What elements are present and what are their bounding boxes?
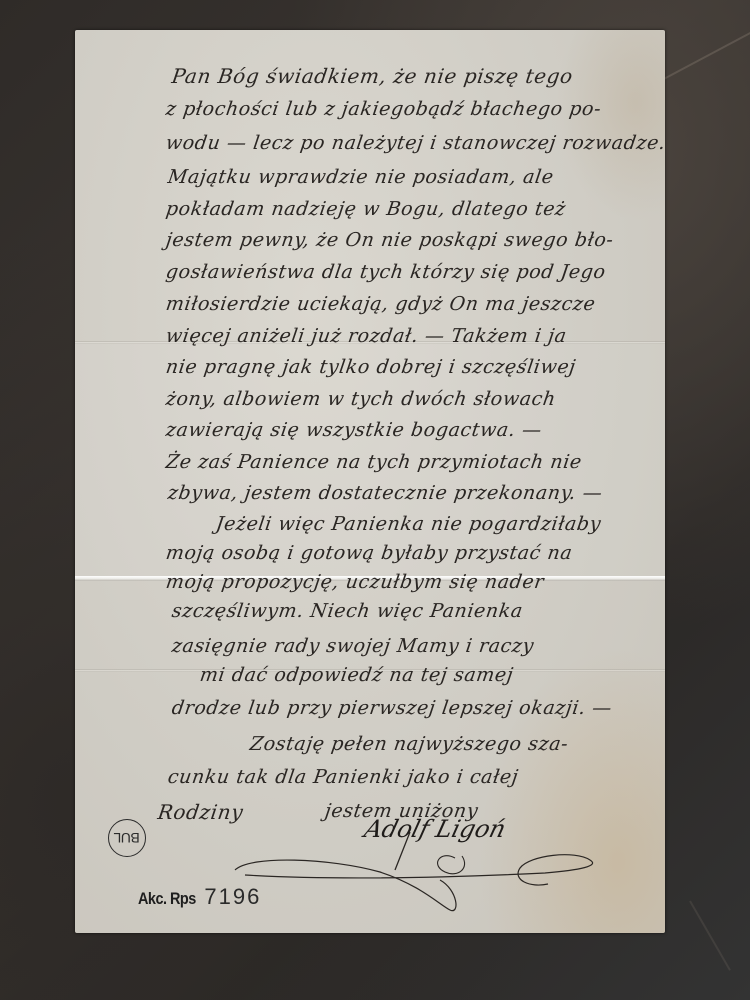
closing-line: Zostaję pełen najwyższego sza- xyxy=(248,733,569,755)
letter-line: nie pragnę jak tylko dobrej i szczęśliwe… xyxy=(164,356,577,378)
letter-line: Jeżeli więc Panienka nie pogardziłaby xyxy=(214,513,602,535)
surface-scratch xyxy=(660,28,750,81)
letter-line: moją propozycję, uczułbym się nader xyxy=(164,571,545,593)
letter-line: gosławieństwa dla tych którzy się pod Je… xyxy=(164,261,607,283)
accession-stamp: Akc. Rps 7196 xyxy=(138,884,261,910)
surface-scratch xyxy=(689,901,731,971)
closing-line: Rodziny xyxy=(156,800,245,824)
letter-line: drodze lub przy pierwszej lepszej okazji… xyxy=(170,697,613,719)
letter-line: Że zaś Panience na tych przymiotach nie xyxy=(164,451,583,473)
letter-line: Pan Bóg świadkiem, że nie piszę tego xyxy=(170,64,574,88)
letter-line: wodu — lecz po należytej i stanowczej ro… xyxy=(164,132,667,154)
letter-line: mi dać odpowiedź na tej samej xyxy=(198,664,514,686)
letter-line: Majątku wprawdzie nie posiadam, ale xyxy=(166,166,555,188)
library-stamp-text: BUL xyxy=(114,830,140,846)
letter-line: zawierają się wszystkie bogactwa. — xyxy=(164,419,543,441)
accession-prefix: Akc. Rps xyxy=(138,889,196,909)
letter-line: żony, albowiem w tych dwóch słowach xyxy=(164,388,557,410)
letter-line: jestem pewny, że On nie poskąpi swego bł… xyxy=(164,229,615,251)
letter-line: więcej aniżeli już rozdał. — Takżem i ja xyxy=(164,325,568,347)
letter-line: zbywa, jestem dostatecznie przekonany. — xyxy=(166,482,603,504)
letter-line: z płochości lub z jakiegobądź błachego p… xyxy=(164,98,602,120)
signature: Adolf Ligoń xyxy=(362,815,509,843)
accession-number: 7196 xyxy=(204,884,261,909)
letter-line: zasięgnie rady swojej Mamy i raczy xyxy=(170,635,535,657)
letter-line: szczęśliwym. Niech więc Panienka xyxy=(170,600,524,622)
letter-line: pokładam nadzieję w Bogu, dlatego też xyxy=(164,198,567,220)
library-stamp: BUL xyxy=(108,819,146,857)
closing-line: cunku tak dla Panienki jako i całej xyxy=(166,766,519,788)
letter-line: moją osobą i gotową byłaby przystać na xyxy=(164,542,573,564)
letter-line: miłosierdzie uciekają, gdyż On ma jeszcz… xyxy=(164,293,597,315)
